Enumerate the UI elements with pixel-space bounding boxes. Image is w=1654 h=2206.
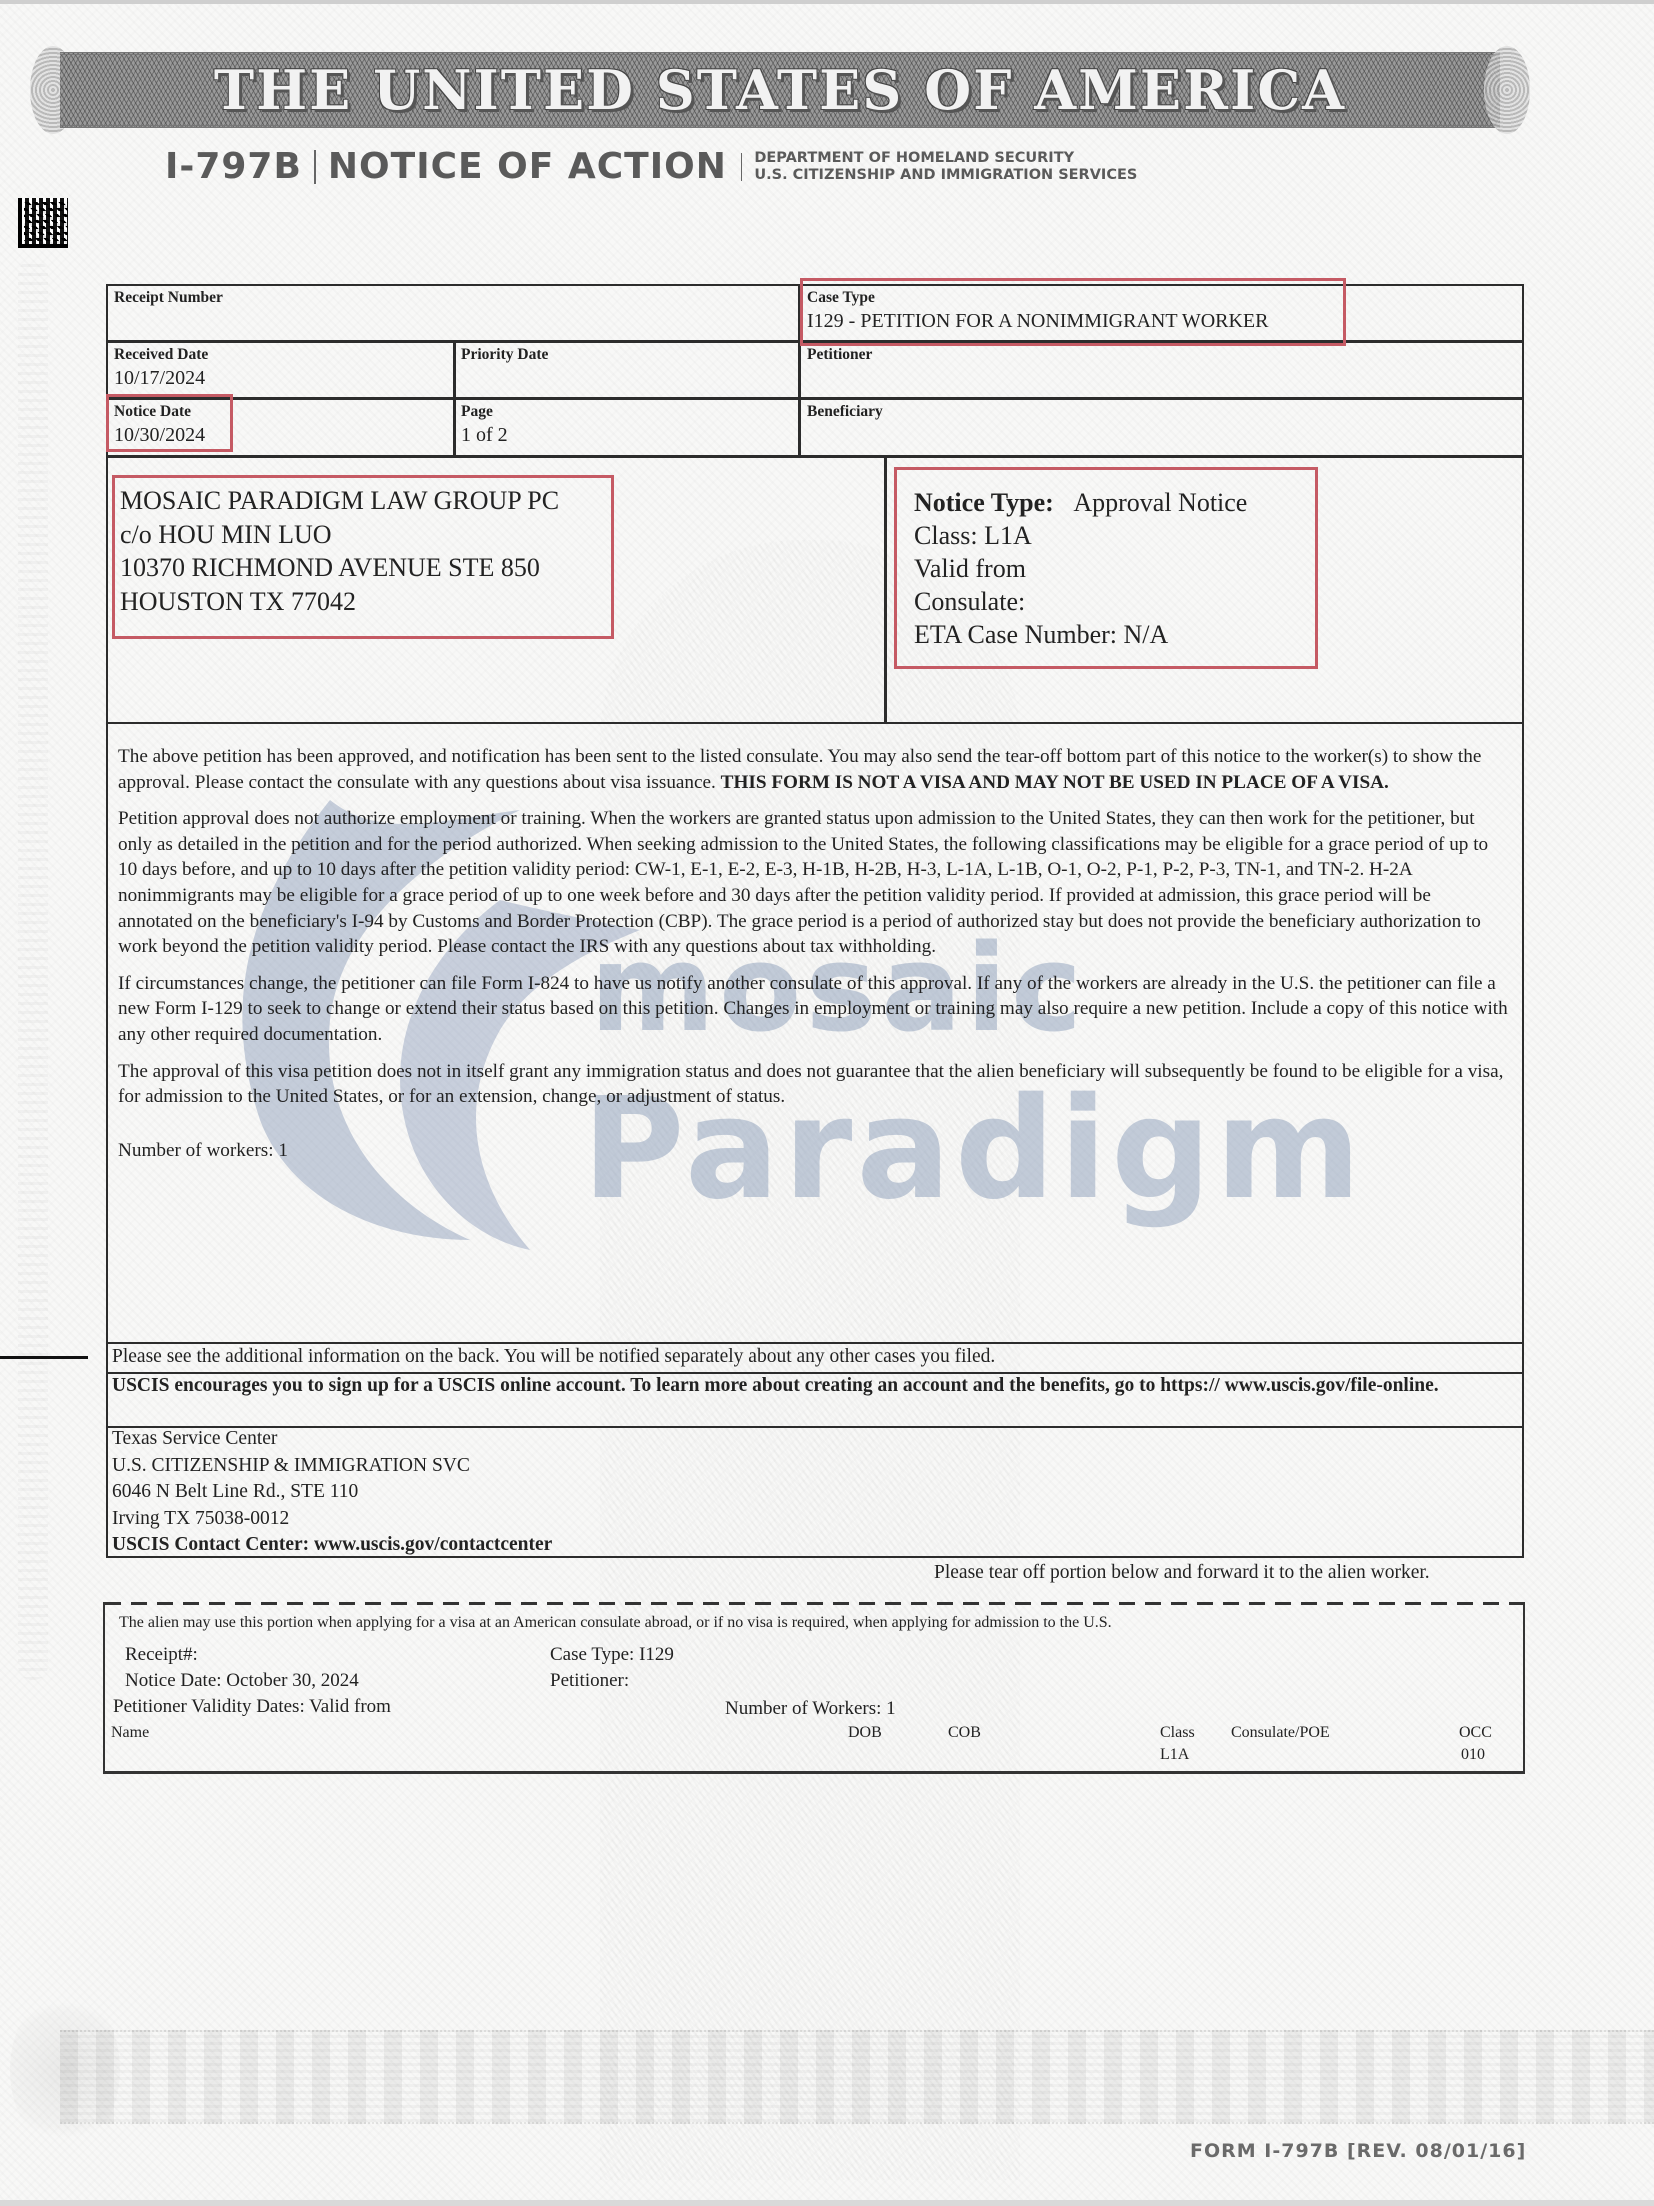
department-block: DEPARTMENT OF HOMELAND SECURITY U.S. CIT… [754,150,1137,184]
received-date-label: Received Date [114,346,208,364]
column-divider [884,456,887,724]
usa-banner: THE UNITED STATES OF AMERICA [30,52,1530,128]
mailing-address: MOSAIC PARADIGM LAW GROUP PC c/o HOU MIN… [120,484,559,618]
petitioner-cell: Petitioner [801,343,1521,399]
received-date-cell: Received Date 10/17/2024 [108,343,453,399]
stub-class-value: L1A [1160,1746,1189,1764]
column-divider [798,286,801,456]
additional-info-box: Please see the additional information on… [106,1344,1524,1374]
guilloche-border-bottom [60,2030,1654,2124]
eta-case-number: ETA Case Number: N/A [914,618,1247,651]
case-type-label: Case Type [807,289,875,307]
beneficiary-cell: Beneficiary [801,400,1521,456]
service-center-agency: U.S. CITIZENSHIP & IMMIGRATION SVC [112,1453,552,1480]
notice-type-label: Notice Type: [914,488,1054,517]
datamatrix-barcode-icon [18,198,68,248]
service-center-name: Texas Service Center [112,1426,552,1453]
service-center-city: Irving TX 75038-0012 [112,1506,552,1533]
page-label: Page [461,403,493,421]
stub-case-type: Case Type: I129 [550,1644,674,1666]
stub-intro: The alien may use this portion when appl… [119,1614,1112,1632]
priority-date-label: Priority Date [461,346,548,364]
service-center-street: 6046 N Belt Line Rd., STE 110 [112,1479,552,1506]
priority-date-cell: Priority Date [455,343,799,399]
column-divider [453,341,456,456]
form-code: I-797B [165,146,302,187]
stub-col-consulate: Consulate/POE [1231,1724,1330,1742]
beneficiary-label: Beneficiary [807,403,883,421]
case-type-value: I129 - PETITION FOR A NONIMMIGRANT WORKE… [807,310,1268,333]
stub-receipt: Receipt#: [125,1644,198,1666]
case-type-cell: Case Type I129 - PETITION FOR A NONIMMIG… [801,286,1521,342]
receipt-number-cell: Receipt Number [108,286,799,342]
stub-validity-dates: Petitioner Validity Dates: Valid from [113,1696,391,1718]
row-divider [108,455,1522,458]
form-heading: I-797B NOTICE OF ACTION DEPARTMENT OF HO… [165,146,1137,187]
additional-info-text: Please see the additional information on… [112,1346,995,1368]
stub-col-cob: COB [948,1724,981,1742]
notice-date-cell: Notice Date 10/30/2024 [108,400,453,456]
body-paragraph: If circumstances change, the petitioner … [118,971,1510,1048]
service-center-address: Texas Service Center U.S. CITIZENSHIP & … [112,1426,552,1559]
not-a-visa-warning: THIS FORM IS NOT A VISA AND MAY NOT BE U… [721,772,1389,793]
page-bottom-edge [0,2200,1654,2206]
petitioner-label: Petitioner [807,346,872,364]
body-paragraph: Petition approval does not authorize emp… [118,806,1510,960]
tear-off-stub: The alien may use this portion when appl… [103,1602,1525,1774]
notice-type-value: Approval Notice [1073,488,1247,517]
department-name: DEPARTMENT OF HOMELAND SECURITY [754,150,1137,167]
online-account-box: USCIS encourages you to sign up for a US… [106,1372,1524,1428]
number-of-workers: Number of workers: 1 [118,1138,1510,1164]
service-center-box: Texas Service Center U.S. CITIZENSHIP & … [106,1426,1524,1558]
stub-petitioner: Petitioner: [550,1670,629,1692]
tear-off-instruction: Please tear off portion below and forwar… [934,1562,1430,1584]
page-top-edge [0,0,1654,4]
heading-divider [741,153,743,181]
contact-center-link[interactable]: USCIS Contact Center: www.uscis.gov/cont… [112,1532,552,1559]
address-line: 10370 RICHMOND AVENUE STE 850 [120,551,559,585]
form-revision: FORM I-797B [REV. 08/01/16] [1190,2140,1526,2162]
stub-occ-value: 010 [1461,1746,1485,1764]
form-name: NOTICE OF ACTION [328,146,727,187]
class-value: Class: L1A [914,519,1247,552]
stub-col-class: Class [1160,1724,1195,1742]
address-line: c/o HOU MIN LUO [120,518,559,552]
consulate: Consulate: [914,585,1247,618]
banner-title: THE UNITED STATES OF AMERICA [30,56,1530,124]
valid-from: Valid from [914,552,1247,585]
stub-col-occ: OCC [1459,1724,1492,1742]
address-line: MOSAIC PARADIGM LAW GROUP PC [120,484,559,518]
body-paragraph: The approval of this visa petition does … [118,1059,1510,1110]
rosette-ornament [10,1990,120,2150]
notice-date-label: Notice Date [114,403,191,421]
notice-date-value: 10/30/2024 [114,424,205,447]
body-paragraph: The above petition has been approved, an… [118,744,1510,795]
tear-line [105,1602,1523,1605]
received-date-value: 10/17/2024 [114,367,205,390]
address-line: HOUSTON TX 77042 [120,585,559,619]
page-value: 1 of 2 [461,424,508,447]
agency-name: U.S. CITIZENSHIP AND IMMIGRATION SERVICE… [754,167,1137,184]
page-cell: Page 1 of 2 [455,400,799,456]
stub-col-name: Name [111,1724,149,1742]
notice-body: The above petition has been approved, an… [118,744,1510,1174]
stub-number-of-workers: Number of Workers: 1 [725,1698,896,1720]
online-account-text: USCIS encourages you to sign up for a US… [112,1373,1492,1399]
receipt-number-label: Receipt Number [114,289,223,307]
stub-col-dob: DOB [848,1724,882,1742]
notice-info: Notice Type: Approval Notice Class: L1A … [914,486,1247,651]
stub-notice-date: Notice Date: October 30, 2024 [125,1670,359,1692]
heading-divider [314,150,316,184]
guilloche-border-left [18,260,48,1680]
fold-mark [0,1356,88,1359]
